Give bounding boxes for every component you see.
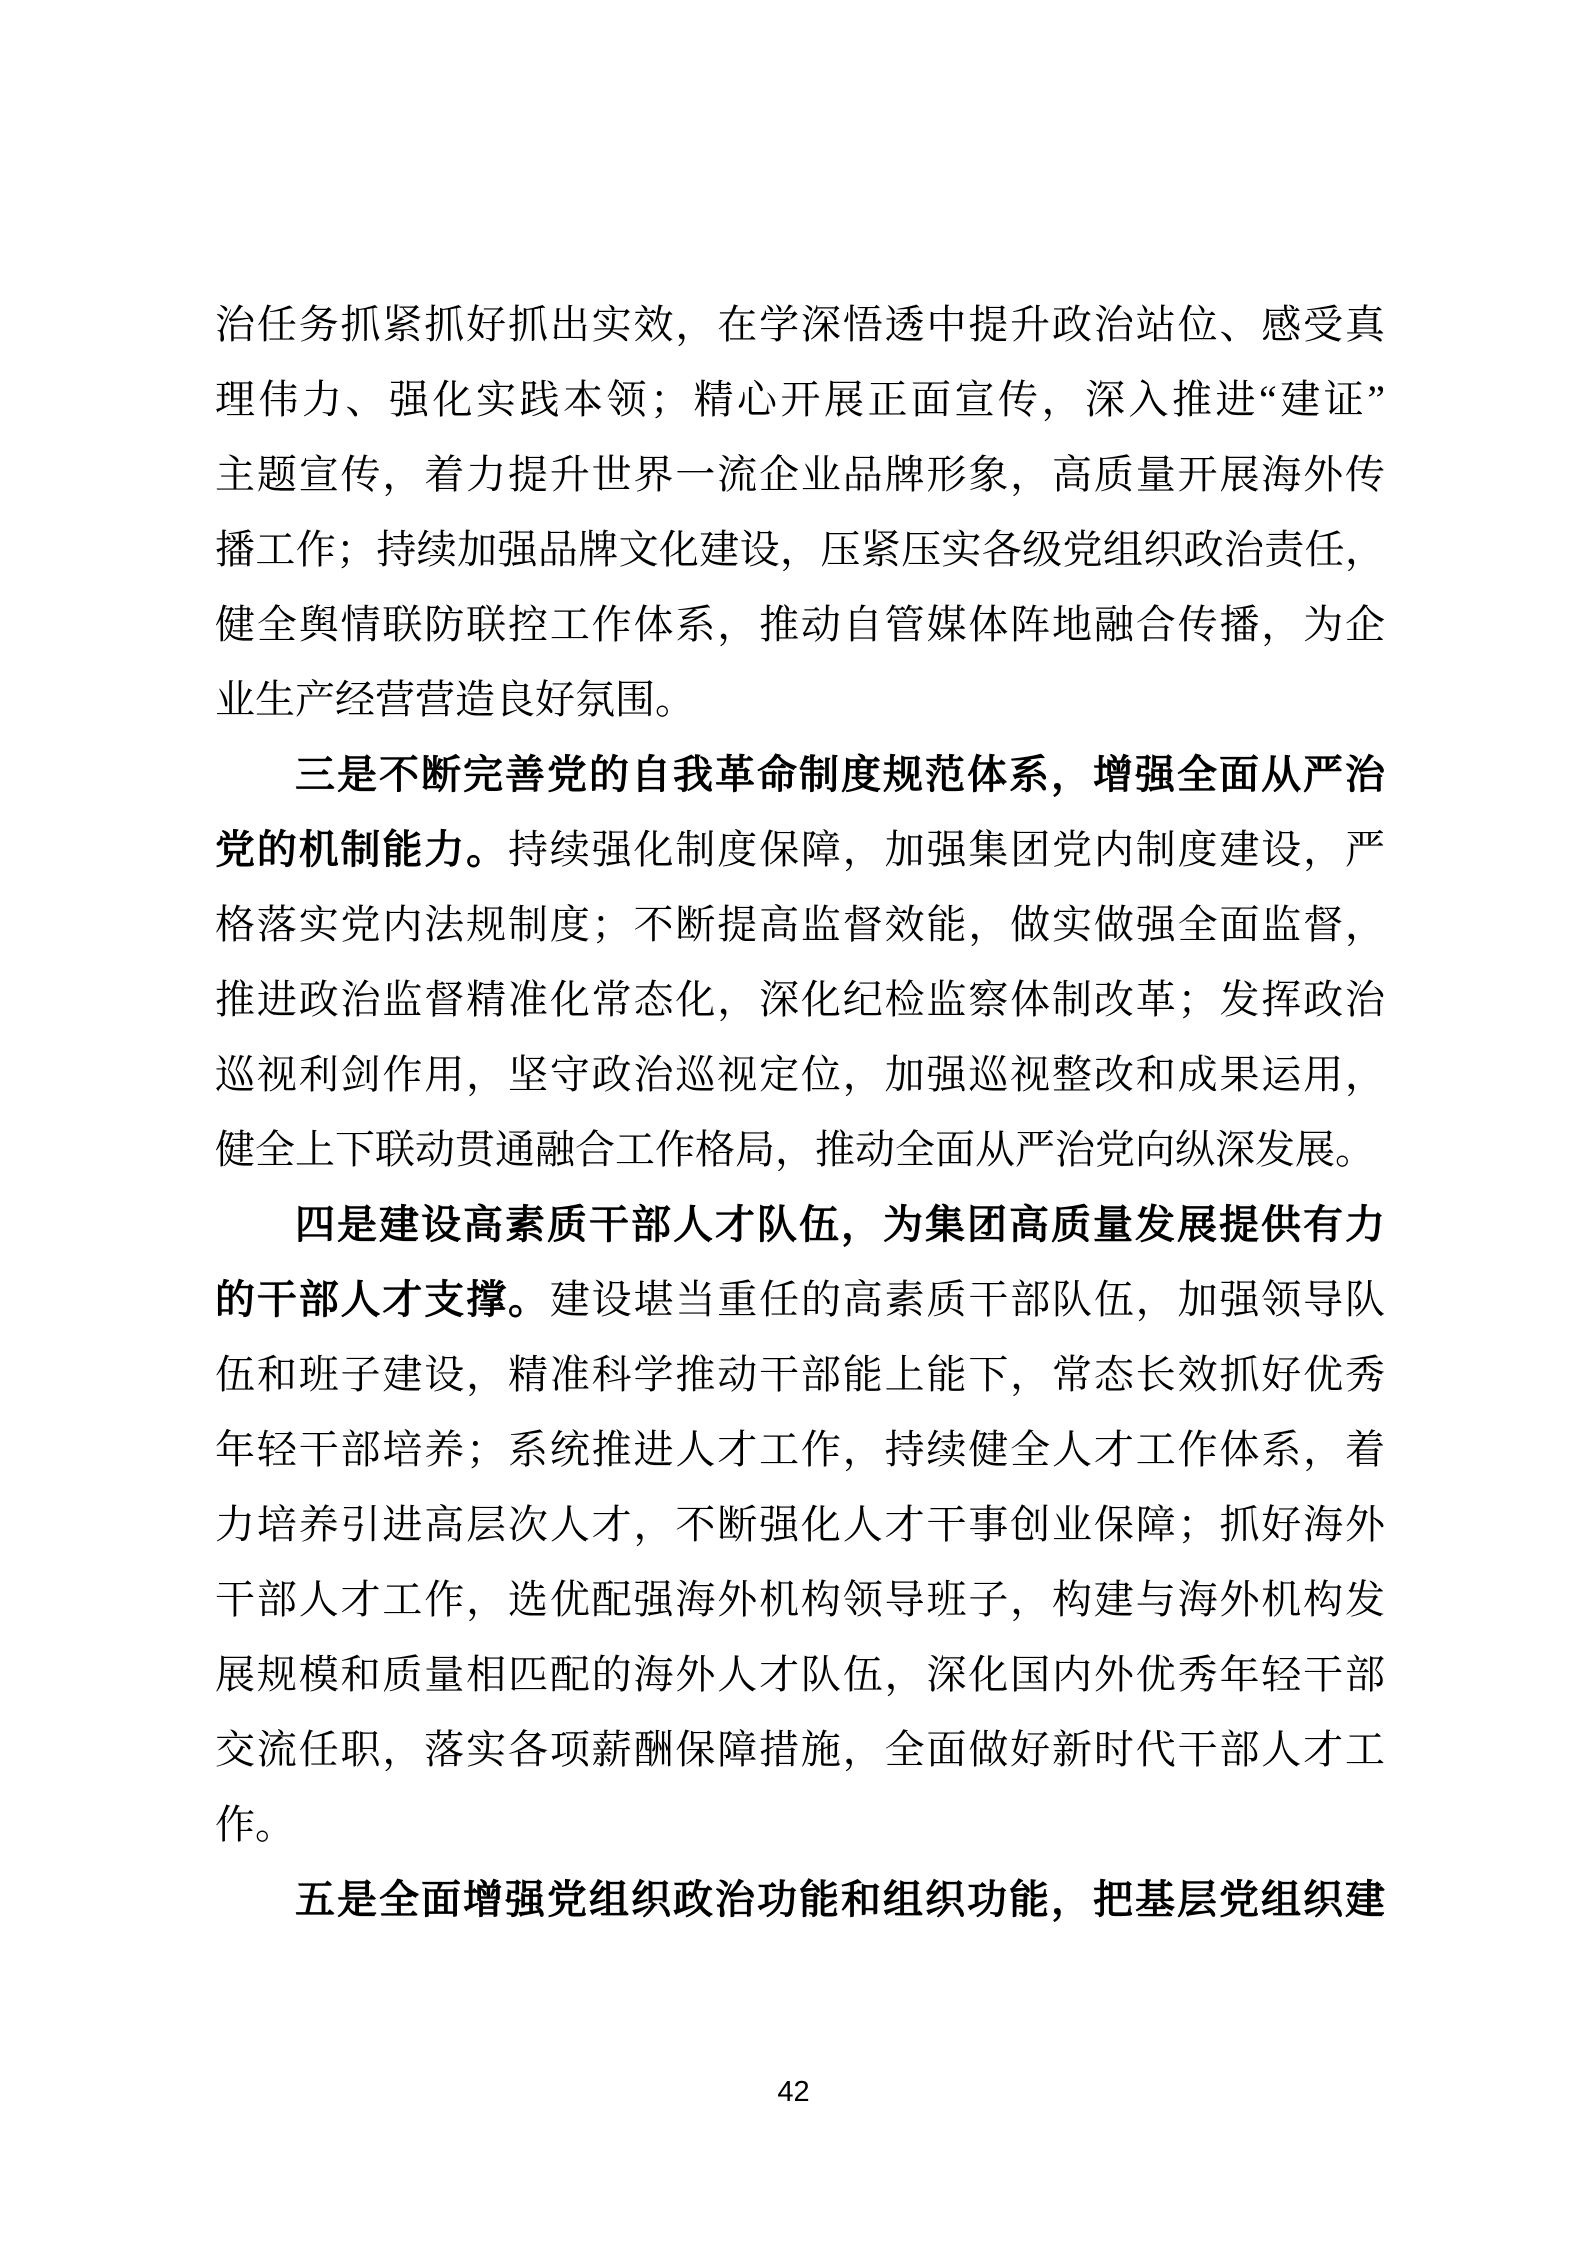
bold-segment: 党的机制能力。 (215, 827, 508, 872)
regular-segment: 持续强化制度保障，加强集团党内制度建设，严 (508, 827, 1385, 872)
regular-segment: 理伟力、强化实践本领；精心开展正面宣传，深入推进“建证” (215, 377, 1385, 422)
regular-segment: 作。 (215, 1802, 295, 1847)
regular-segment: 治任务抓紧抓好抓出实效，在学深悟透中提升政治站位、感受真 (215, 302, 1385, 347)
page-number: 42 (0, 2072, 1587, 2112)
regular-segment: 巡视利剑作用，坚守政治巡视定位，加强巡视整改和成果运用， (215, 1052, 1385, 1097)
regular-segment: 伍和班子建设，精准科学推动干部能上能下，常态长效抓好优秀 (215, 1352, 1385, 1397)
regular-segment: 展规模和质量相匹配的海外人才队伍，深化国内外优秀年轻干部 (215, 1652, 1385, 1697)
regular-segment: 交流任职，落实各项薪酬保障措施，全面做好新时代干部人才工 (215, 1727, 1385, 1772)
text-line: 三是不断完善党的自我革命制度规范体系，增强全面从严治 (215, 737, 1385, 812)
regular-segment: 格落实党内法规制度；不断提高监督效能，做实做强全面监督， (215, 902, 1385, 947)
text-line: 展规模和质量相匹配的海外人才队伍，深化国内外优秀年轻干部 (215, 1637, 1385, 1712)
text-line: 推进政治监督精准化常态化，深化纪检监察体制改革；发挥政治 (215, 962, 1385, 1037)
regular-segment: 力培养引进高层次人才，不断强化人才干事创业保障；抓好海外 (215, 1502, 1385, 1547)
bold-segment: 的干部人才支撑。 (215, 1277, 550, 1322)
text-line: 伍和班子建设，精准科学推动干部能上能下，常态长效抓好优秀 (215, 1337, 1385, 1412)
regular-segment: 业生产经营营造良好氛围。 (215, 677, 695, 722)
text-line: 格落实党内法规制度；不断提高监督效能，做实做强全面监督， (215, 887, 1385, 962)
regular-segment: 年轻干部培养；系统推进人才工作，持续健全人才工作体系，着 (215, 1427, 1385, 1472)
bold-segment: 四是建设高素质干部人才队伍，为集团高质量发展提供有力 (295, 1202, 1385, 1247)
text-line: 四是建设高素质干部人才队伍，为集团高质量发展提供有力 (215, 1187, 1385, 1262)
regular-segment: 健全舆情联防联控工作体系，推动自管媒体阵地融合传播，为企 (215, 602, 1385, 647)
text-line: 交流任职，落实各项薪酬保障措施，全面做好新时代干部人才工 (215, 1712, 1385, 1787)
regular-segment: 播工作；持续加强品牌文化建设，压紧压实各级党组织政治责任， (215, 527, 1385, 572)
text-line: 理伟力、强化实践本领；精心开展正面宣传，深入推进“建证” (215, 362, 1385, 437)
text-line: 健全上下联动贯通融合工作格局，推动全面从严治党向纵深发展。 (215, 1112, 1385, 1187)
regular-segment: 干部人才工作，选优配强海外机构领导班子，构建与海外机构发 (215, 1577, 1385, 1622)
regular-segment: 推进政治监督精准化常态化，深化纪检监察体制改革；发挥政治 (215, 977, 1385, 1022)
document-page: 治任务抓紧抓好抓出实效，在学深悟透中提升政治站位、感受真 理伟力、强化实践本领；… (0, 0, 1587, 2245)
text-line: 干部人才工作，选优配强海外机构领导班子，构建与海外机构发 (215, 1562, 1385, 1637)
regular-segment: 健全上下联动贯通融合工作格局，推动全面从严治党向纵深发展。 (215, 1127, 1375, 1172)
text-line: 主题宣传，着力提升世界一流企业品牌形象，高质量开展海外传 (215, 437, 1385, 512)
bold-segment: 五是全面增强党组织政治功能和组织功能，把基层党组织建 (295, 1877, 1385, 1922)
regular-segment: 建设堪当重任的高素质干部队伍，加强领导队 (550, 1277, 1385, 1322)
text-line: 年轻干部培养；系统推进人才工作，持续健全人才工作体系，着 (215, 1412, 1385, 1487)
text-line: 五是全面增强党组织政治功能和组织功能，把基层党组织建 (215, 1862, 1385, 1937)
text-line: 业生产经营营造良好氛围。 (215, 662, 1385, 737)
text-block: 治任务抓紧抓好抓出实效，在学深悟透中提升政治站位、感受真 理伟力、强化实践本领；… (215, 287, 1385, 1937)
text-line: 力培养引进高层次人才，不断强化人才干事创业保障；抓好海外 (215, 1487, 1385, 1562)
text-line: 健全舆情联防联控工作体系，推动自管媒体阵地融合传播，为企 (215, 587, 1385, 662)
text-line: 巡视利剑作用，坚守政治巡视定位，加强巡视整改和成果运用， (215, 1037, 1385, 1112)
text-line: 播工作；持续加强品牌文化建设，压紧压实各级党组织政治责任， (215, 512, 1385, 587)
text-line: 治任务抓紧抓好抓出实效，在学深悟透中提升政治站位、感受真 (215, 287, 1385, 362)
text-line: 作。 (215, 1787, 1385, 1862)
text-line: 的干部人才支撑。建设堪当重任的高素质干部队伍，加强领导队 (215, 1262, 1385, 1337)
regular-segment: 主题宣传，着力提升世界一流企业品牌形象，高质量开展海外传 (215, 452, 1385, 497)
text-line: 党的机制能力。持续强化制度保障，加强集团党内制度建设，严 (215, 812, 1385, 887)
bold-segment: 三是不断完善党的自我革命制度规范体系，增强全面从严治 (295, 752, 1385, 797)
